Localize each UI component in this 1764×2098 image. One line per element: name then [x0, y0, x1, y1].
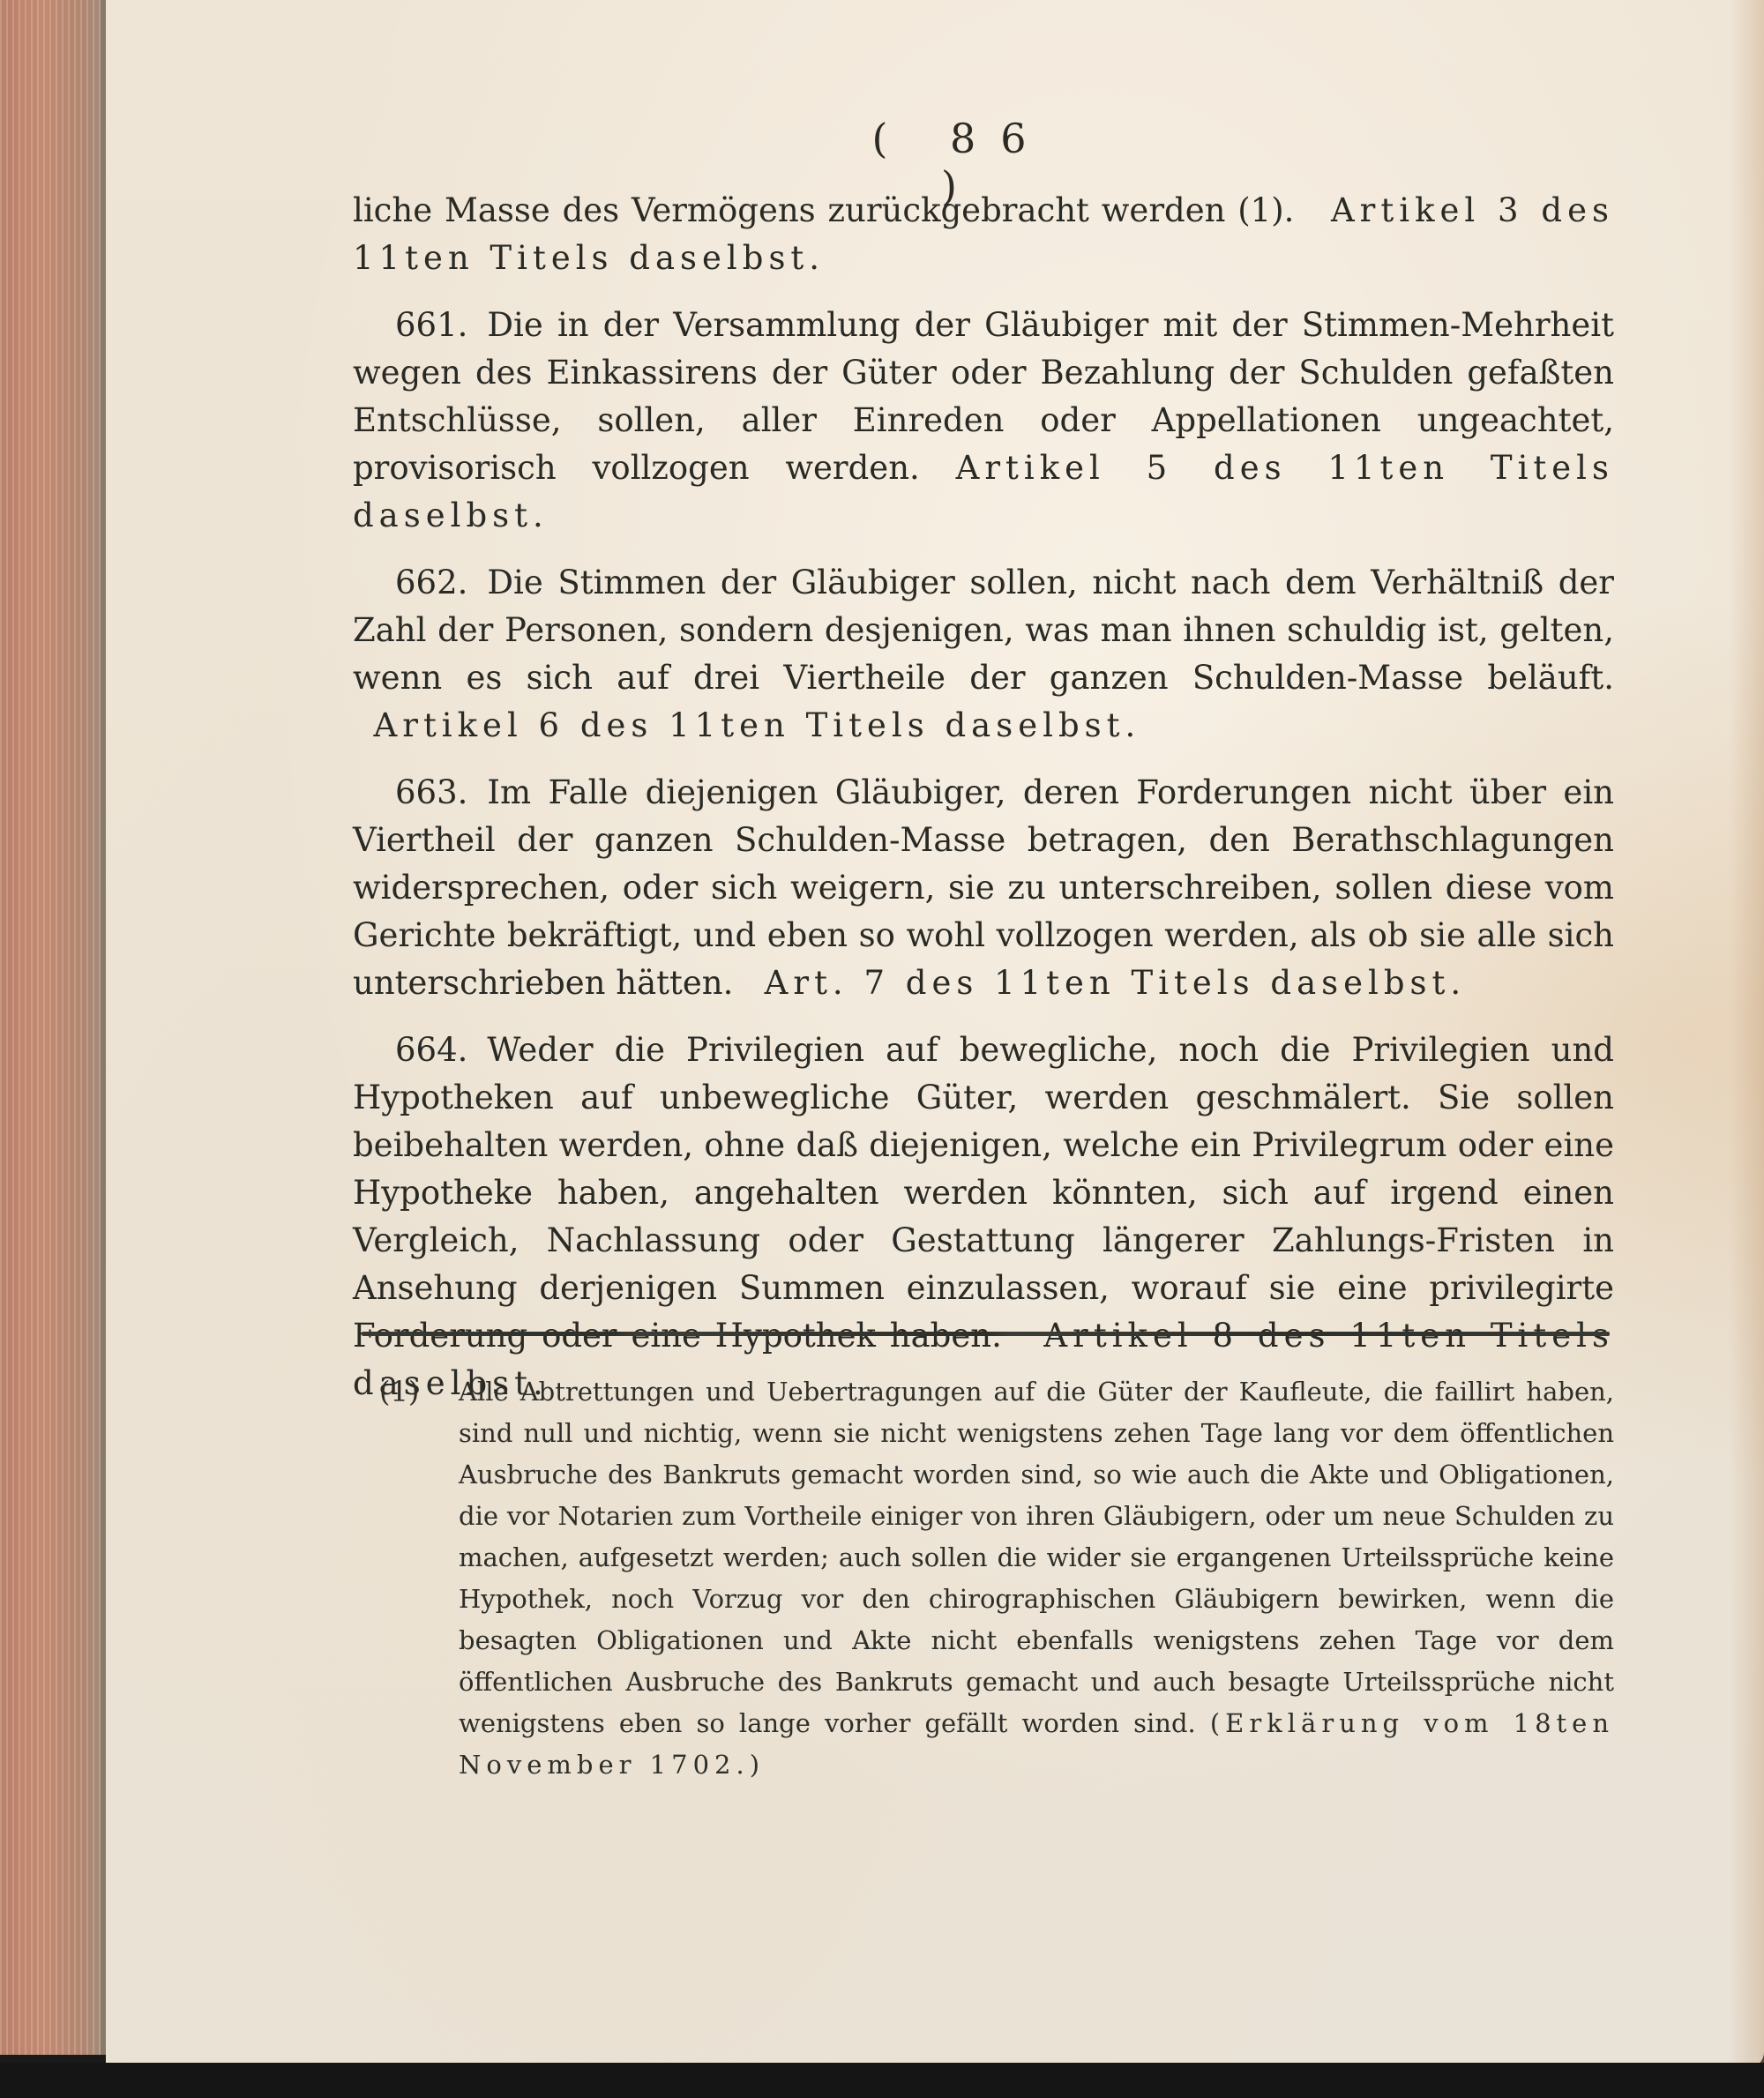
paragraph-number: 661. — [395, 306, 467, 344]
paragraph-citation: Artikel 6 des 11ten Titels daselbst. — [374, 706, 1141, 744]
paragraph-text: Weder die Privilegien auf bewegliche, no… — [353, 1031, 1614, 1355]
paragraph-continuation: liche Masse des Vermögens zurückgebracht… — [353, 187, 1614, 282]
footnote-marker: (1) — [379, 1371, 419, 1413]
main-text: liche Masse des Vermögens zurückgebracht… — [353, 187, 1614, 1427]
paragraph-number: 662. — [395, 564, 467, 601]
paragraph-citation: Art. 7 des 11ten Titels daselbst. — [765, 964, 1467, 1002]
footnote: (1) Alle Abtrettungen und Uebertragungen… — [379, 1371, 1614, 1786]
paragraph-663: 663.Im Falle diejenigen Gläubiger, deren… — [353, 769, 1614, 1007]
paragraph-number: 663. — [395, 773, 467, 811]
paragraph-text: liche Masse des Vermögens zurückgebracht… — [353, 191, 1294, 229]
paragraph-number: 664. — [395, 1031, 467, 1069]
book-page-edges — [0, 0, 106, 2055]
scan-background — [0, 2063, 1764, 2098]
paragraph-662: 662.Die Stimmen der Gläubiger sollen, ni… — [353, 559, 1614, 750]
paragraph-664: 664.Weder die Privilegien auf bewegliche… — [353, 1027, 1614, 1407]
footnote-body: Alle Abtrettungen und Uebertragungen auf… — [459, 1371, 1614, 1786]
footnote-text: Alle Abtrettungen und Uebertragungen auf… — [459, 1377, 1614, 1738]
paragraph-text: Die Stimmen der Gläubiger sollen, nicht … — [353, 564, 1614, 697]
footnote-separator-rule — [362, 1332, 1610, 1336]
paragraph-661: 661.Die in der Versammlung der Gläubiger… — [353, 302, 1614, 540]
